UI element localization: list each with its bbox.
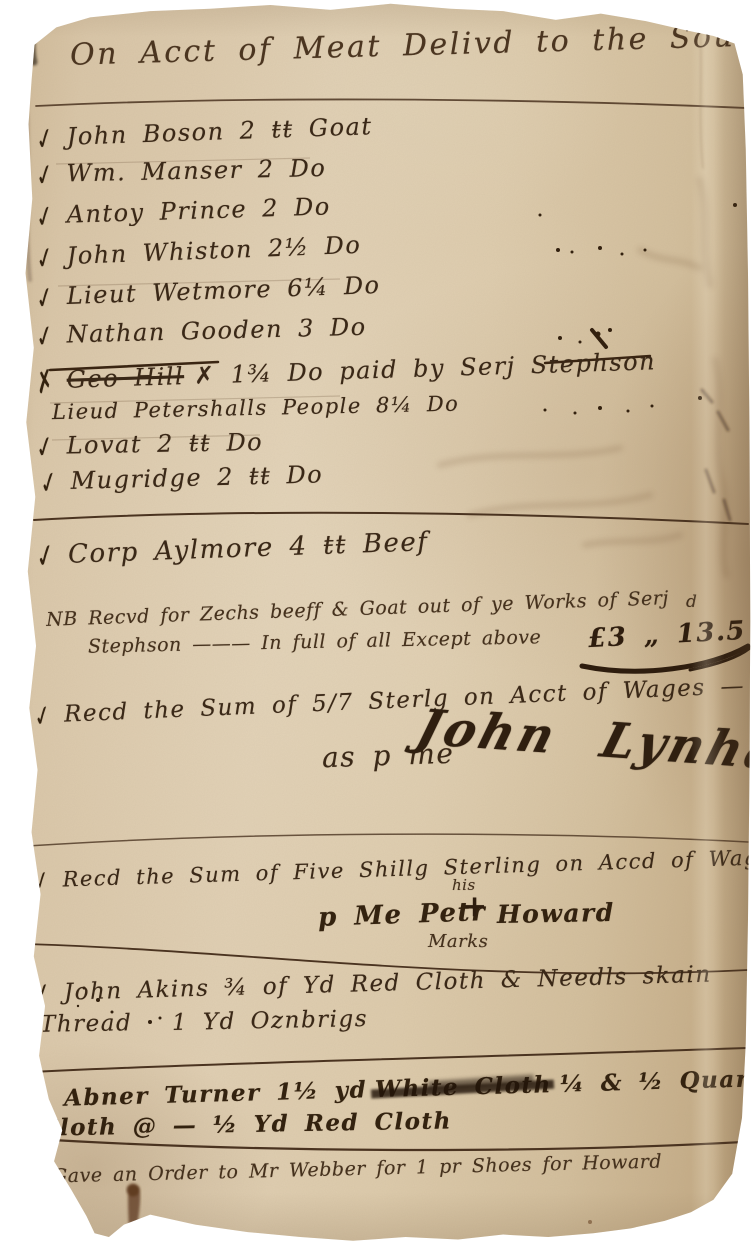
- x-mark-icon: ✗: [34, 365, 57, 399]
- cloth-entry-akins-line2a: Thread: [40, 1012, 133, 1037]
- stain-drip: [127, 1184, 141, 1235]
- ledger-entry: Lieud Petershalls People 8¼ Do: [40, 394, 460, 424]
- entry-text: ✗ 1¾ Do paid by Serj Stephson: [194, 347, 657, 390]
- ledger-entry: ✓Wm. Manser 2 Do: [36, 156, 327, 186]
- cloth-entry-akins-line2b: 1 Yd Oznbrigs: [172, 1008, 369, 1035]
- entry-text: Mugridge 2 ŧŧ Do: [70, 460, 323, 495]
- entry-text: Nathan Gooden 3 Do: [66, 313, 367, 349]
- blotted-text: White Cloth: [375, 1073, 552, 1101]
- shoe-order-line: Gave an Order to Mr Webber for 1 pr Shoe…: [52, 1153, 662, 1187]
- check-icon: ✓: [38, 466, 60, 500]
- strikethrough-name: Geo Hill: [66, 362, 184, 394]
- marks-label: Marks: [428, 933, 488, 951]
- entry-text: Wm. Manser 2 Do: [66, 154, 326, 187]
- nb-note-line2: Stephson ——— In full of all Except above: [88, 628, 542, 656]
- ledger-entry: ✓Mugridge 2 ŧŧ Do: [40, 462, 324, 493]
- entry-text: Antoy Prince 2 Do: [66, 192, 331, 228]
- mark-cross: +: [462, 892, 489, 922]
- ledger-entry-struck: ✗Geo Hill✗ 1¾ Do paid by Serj Stephson: [36, 349, 657, 392]
- nb-note-line1: NB Recvd for Zechs beeff & Goat out of y…: [46, 589, 669, 630]
- check-icon: ✓: [34, 281, 57, 315]
- entry-text: John Whiston 2½ Do: [66, 231, 362, 270]
- cloth-entry-turner: ✓Abner Turner 1½ ydWhite Cloth¼ & ½ Quar…: [34, 1064, 751, 1110]
- entry-text: Lieut Wetmore 6¼ Do: [66, 271, 381, 310]
- receipt-text: Recd the Sum of Five Shillg Sterling on …: [62, 844, 751, 892]
- ledger-entry: ✓Nathan Gooden 3 Do: [36, 315, 367, 348]
- ledger-entry: ✓Antoy Prince 2 Do: [36, 194, 331, 227]
- check-icon: ✓: [34, 538, 58, 575]
- ledger-entry: ✓Lovat 2 ŧŧ Do: [36, 430, 264, 458]
- manuscript-page: On Acct of Meat Delivd to the Souldiers …: [0, 0, 751, 1242]
- nb-amount: £3 „ 13.5: [587, 618, 746, 652]
- signature-john-lynham: John Lynham: [412, 703, 751, 780]
- entry-text: ¼ & ½ Quarter Red: [559, 1062, 751, 1097]
- check-icon: ✓: [34, 158, 56, 192]
- nb-superscript: d: [686, 594, 697, 611]
- check-icon: ✓: [32, 867, 52, 897]
- check-icon: ✓: [34, 199, 57, 233]
- check-icon: ✓: [34, 122, 57, 156]
- check-icon: ✓: [32, 978, 54, 1011]
- check-icon: ✓: [34, 430, 56, 464]
- entry-text: John Akins ¾ of Yd Red Cloth & Needls sk…: [64, 962, 712, 1006]
- receipt2-line: ✓Recd the Sum of Five Shillg Sterling on…: [34, 846, 751, 892]
- ledger-entry: ✓John Whiston 2½ Do: [36, 233, 362, 269]
- check-icon: ✓: [34, 319, 56, 353]
- entry-text: Lovat 2 ŧŧ Do: [66, 428, 263, 459]
- check-icon: ✓: [32, 700, 54, 733]
- ledger-entry: ✓John Boson 2 ŧŧ Goat: [36, 114, 373, 150]
- cloth-entry-akins: ✓John Akins ¾ of Yd Red Cloth & Needls s…: [34, 964, 712, 1006]
- check-icon: ✓: [34, 241, 57, 275]
- bold-ink-tick: [592, 330, 606, 347]
- entry-text: Lieud Petershalls People 8¼ Do: [52, 392, 460, 425]
- page-title: On Acct of Meat Delivd to the Souldiers: [70, 19, 751, 70]
- mark-name-howard: Howard: [497, 900, 615, 927]
- entry-text: Abner Turner 1½ yd: [64, 1076, 368, 1111]
- entry-text: Corp Aylmore 4 ŧŧ Beef: [68, 527, 429, 570]
- ledger-entry-beef: ✓Corp Aylmore 4 ŧŧ Beef: [36, 529, 429, 569]
- cloth-entry-turner-line2: Cloth @ — ½ Yd Red Cloth: [40, 1109, 452, 1139]
- ledger-entry: ✓Lieut Wetmore 6¼ Do: [36, 273, 381, 309]
- entry-text: John Boson 2 ŧŧ Goat: [66, 112, 373, 151]
- check-icon: ✓: [32, 1084, 54, 1117]
